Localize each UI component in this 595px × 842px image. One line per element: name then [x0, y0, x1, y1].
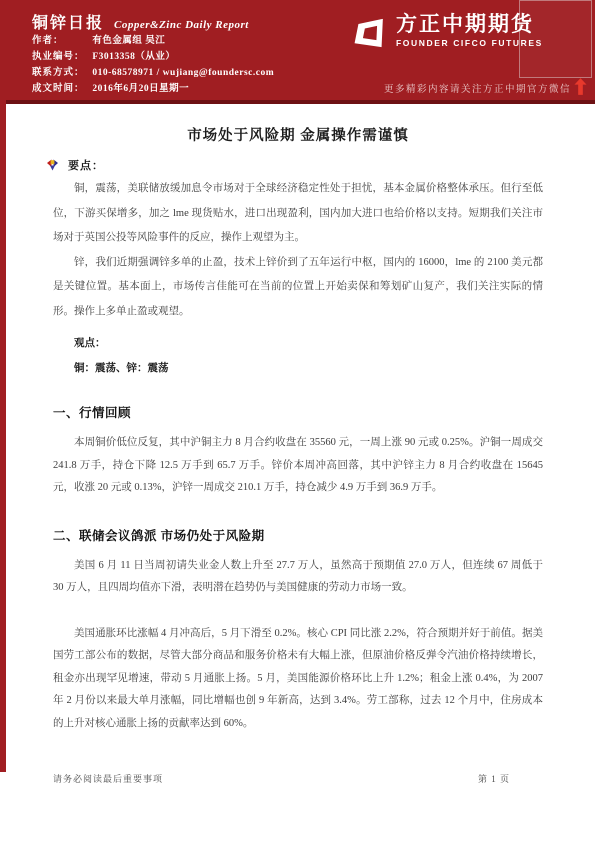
- report-page: 铜锌日报Copper&Zinc Daily Report 作者： 有色金属组 吴…: [0, 0, 595, 842]
- footer-disclaimer: 请务必阅读最后重要事项: [53, 772, 163, 785]
- logo-name-cn: 方正中期期货: [396, 13, 543, 37]
- viewpoint-value: 铜：震荡、锌：震荡: [53, 356, 543, 381]
- keypoint-paragraph-copper: 铜，震荡，美联储放缓加息令市场对于全球经济稳定性处于担忧，基本金属价格整体承压。…: [53, 177, 543, 251]
- report-masthead: 铜锌日报Copper&Zinc Daily Report: [32, 10, 249, 33]
- logo-text: 方正中期期货 FOUNDER CIFCO FUTURES: [396, 13, 543, 49]
- report-name-en: Copper&Zinc Daily Report: [114, 19, 249, 31]
- date-label: 成文时间：: [32, 81, 90, 97]
- header-divider: [0, 100, 595, 104]
- report-name-cn: 铜锌日报: [32, 15, 104, 32]
- page-title: 市场处于风险期 金属操作需谨慎: [53, 124, 543, 145]
- contact-label: 联系方式：: [32, 65, 90, 81]
- up-arrow-icon: [574, 78, 587, 95]
- license-label: 执业编号：: [32, 49, 90, 65]
- section-1-heading: 一、行情回顾: [53, 403, 543, 421]
- keypoint-paragraph-zinc: 锌，我们近期强调锌多单的止盈，技术上锌价到了五年运行中枢，国内的 16000，l…: [53, 251, 543, 325]
- keypoints-label: 要点：: [68, 157, 104, 173]
- license-row: 执业编号： F3013358（从业）: [32, 49, 274, 65]
- section-2-paragraph-1: 美国 6 月 11 日当周初请失业金人数上升至 27.7 万人，虽然高于预期值 …: [53, 555, 543, 600]
- license-value: F3013358（从业）: [92, 52, 175, 62]
- header-meta-fields: 作者： 有色金属组 吴江 执业编号： F3013358（从业） 联系方式： 01…: [32, 33, 274, 97]
- company-logo: 方正中期期货 FOUNDER CIFCO FUTURES: [352, 13, 543, 51]
- date-row: 成文时间： 2016年6月20日星期一: [32, 81, 274, 97]
- contact-row: 联系方式： 010-68578971 / wujiang@foundersc.c…: [32, 65, 274, 81]
- document-body: 市场处于风险期 金属操作需谨慎 要点： 铜，震荡，美联储放缓加息令市场对于全球经…: [53, 110, 543, 735]
- viewpoint-label: 观点：: [53, 331, 543, 356]
- date-value: 2016年6月20日星期一: [92, 84, 189, 94]
- footer-page-number: 第 1 页: [478, 772, 510, 785]
- logo-name-en: FOUNDER CIFCO FUTURES: [396, 37, 543, 49]
- author-value: 有色金属组 吴江: [92, 36, 165, 46]
- wechat-note: 更多精彩内容请关注方正中期官方微信: [384, 80, 587, 95]
- founder-logo-icon: [352, 15, 388, 51]
- contact-value: 010-68578971 / wujiang@foundersc.com: [92, 68, 274, 78]
- header-band: 铜锌日报Copper&Zinc Daily Report 作者： 有色金属组 吴…: [0, 0, 595, 100]
- section-1-paragraph: 本周铜价低位反复，其中沪铜主力 8 月合约收盘在 35560 元，一周上涨 90…: [53, 432, 543, 500]
- section-2-paragraph-2: 美国通胀环比涨幅 4 月冲高后，5 月下滑至 0.2%。核心 CPI 同比涨 2…: [53, 623, 543, 736]
- colored-bullet-icon: [47, 159, 58, 171]
- author-row: 作者： 有色金属组 吴江: [32, 33, 274, 49]
- left-accent-stripe: [0, 0, 6, 772]
- section-2-heading: 二、联储会议鸽派 市场仍处于风险期: [53, 526, 543, 544]
- keypoints-header: 要点：: [47, 157, 543, 173]
- wechat-note-text: 更多精彩内容请关注方正中期官方微信: [384, 81, 571, 95]
- author-label: 作者：: [32, 33, 90, 49]
